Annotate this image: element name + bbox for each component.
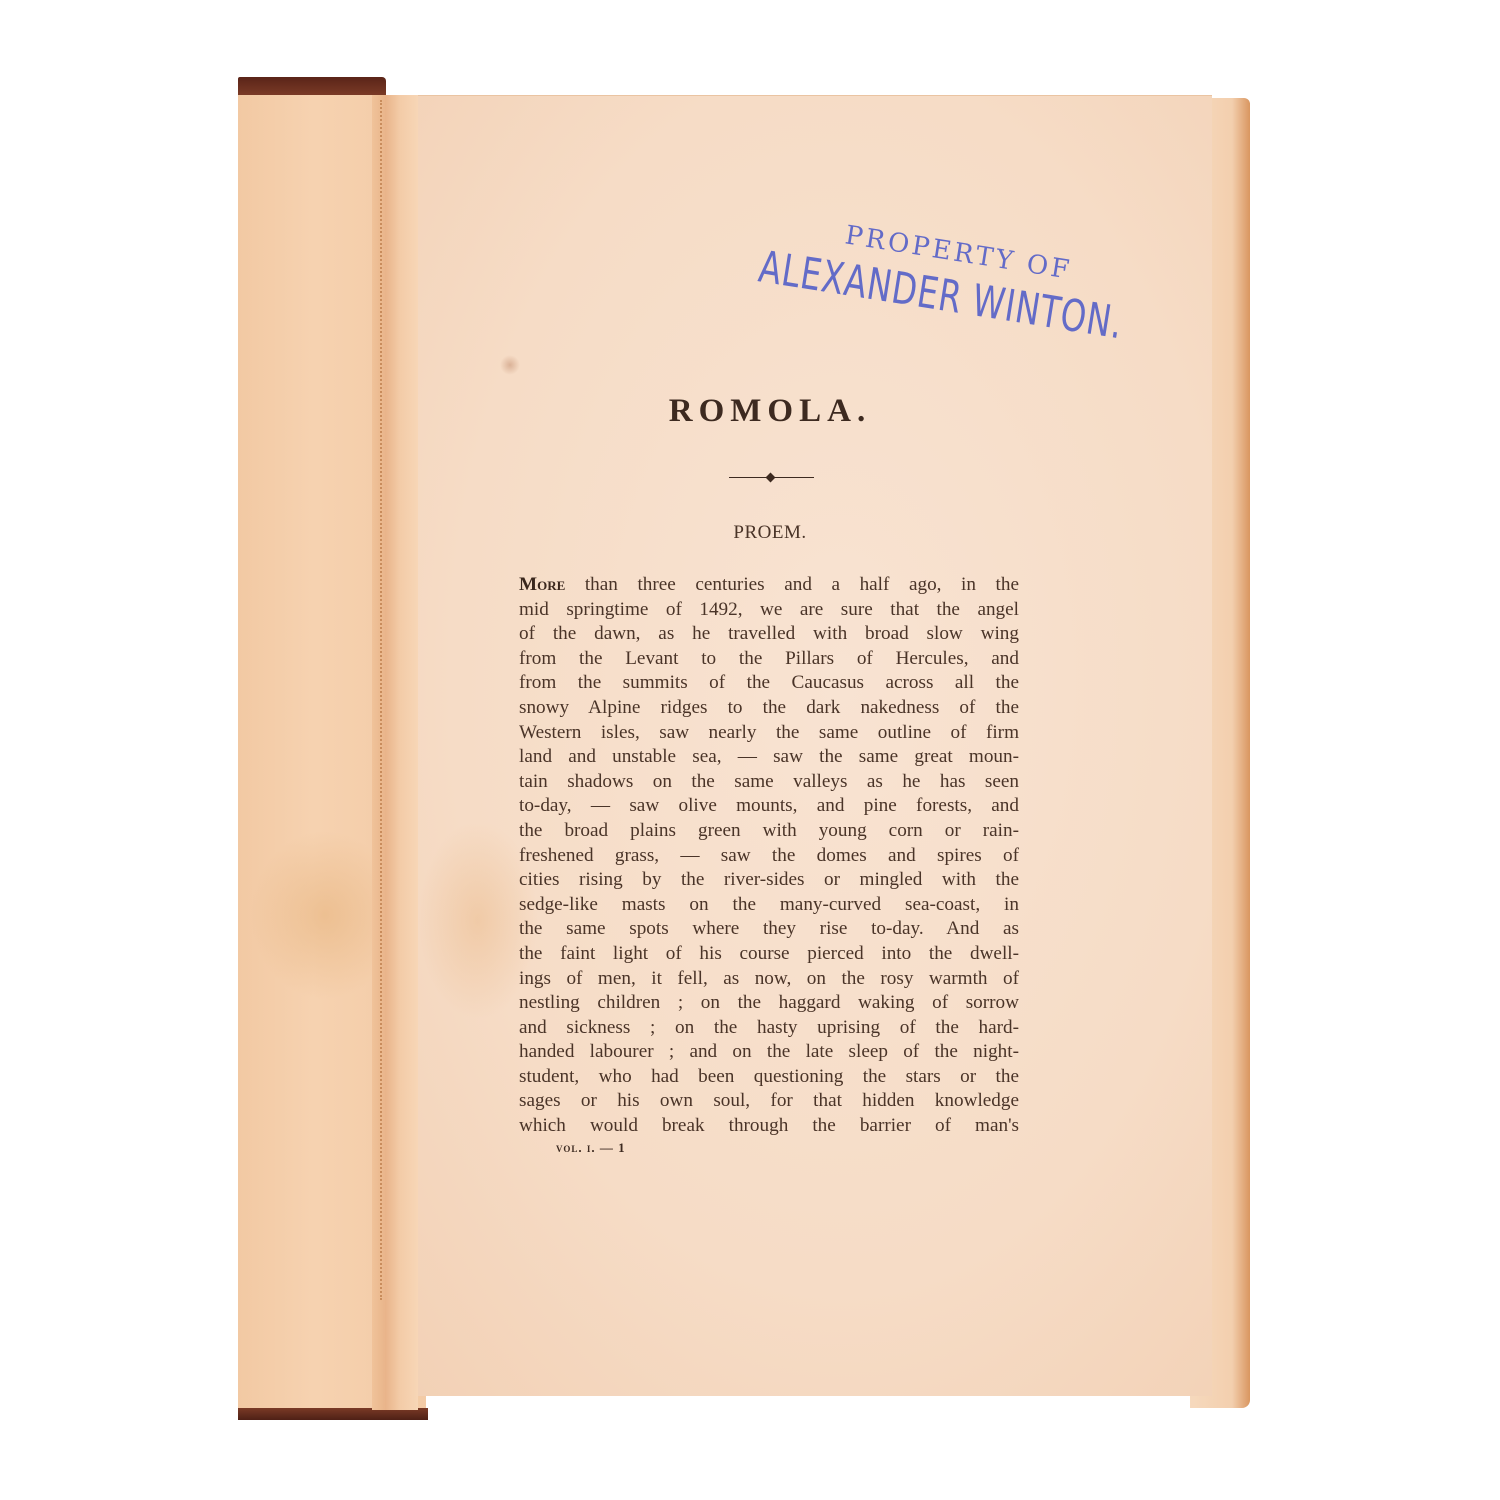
text-line: which would break through the barrier of… [519, 1114, 1019, 1139]
section-heading: PROEM. [520, 522, 1020, 544]
text-line: handed labourer ; and on the late sleep … [519, 1040, 1019, 1065]
text-line: cities rising by the river-sides or ming… [519, 868, 1019, 893]
proem-text: More than three centuries and a half ago… [519, 573, 1019, 1139]
text-line: of the dawn, as he travelled with broad … [519, 622, 1019, 647]
text-line: from the Levant to the Pillars of Hercul… [519, 647, 1019, 672]
text-line: mid springtime of 1492, we are sure that… [519, 598, 1019, 623]
text-line: the same spots where they rise to-day. A… [519, 917, 1019, 942]
text-line: to-day, — saw olive mounts, and pine for… [519, 794, 1019, 819]
text-line: the broad plains green with young corn o… [519, 819, 1019, 844]
text-line: land and unstable sea, — saw the same gr… [519, 745, 1019, 770]
text-line: sages or his own soul, for that hidden k… [519, 1089, 1019, 1114]
text-fragment: than three centuries and a half ago, in … [565, 574, 1019, 595]
binding-stitches [380, 100, 388, 1300]
text-line: nestling children ; on the haggard wakin… [519, 991, 1019, 1016]
text-line: ings of men, it fell, as now, on the ros… [519, 967, 1019, 992]
drop-word: More [519, 574, 565, 595]
text-line: from the summits of the Caucasus across … [519, 671, 1019, 696]
signature-mark: vol. i. — 1 [556, 1140, 626, 1156]
text-line: and sickness ; on the hasty uprising of … [519, 1016, 1019, 1041]
text-line: tain shadows on the same valleys as he h… [519, 770, 1019, 795]
book-cover-top-edge [238, 77, 386, 95]
text-line: More than three centuries and a half ago… [519, 573, 1019, 598]
text-line: student, who had been questioning the st… [519, 1065, 1019, 1090]
book-title: ROMOLA. [520, 393, 1020, 430]
text-line: sedge-like masts on the many-curved sea-… [519, 893, 1019, 918]
text-line: snowy Alpine ridges to the dark nakednes… [519, 696, 1019, 721]
foxing-spot [500, 355, 520, 375]
text-line: freshened grass, — saw the domes and spi… [519, 844, 1019, 869]
book-gutter [372, 95, 418, 1410]
text-line: the faint light of his course pierced in… [519, 942, 1019, 967]
text-line: Western isles, saw nearly the same outli… [519, 721, 1019, 746]
